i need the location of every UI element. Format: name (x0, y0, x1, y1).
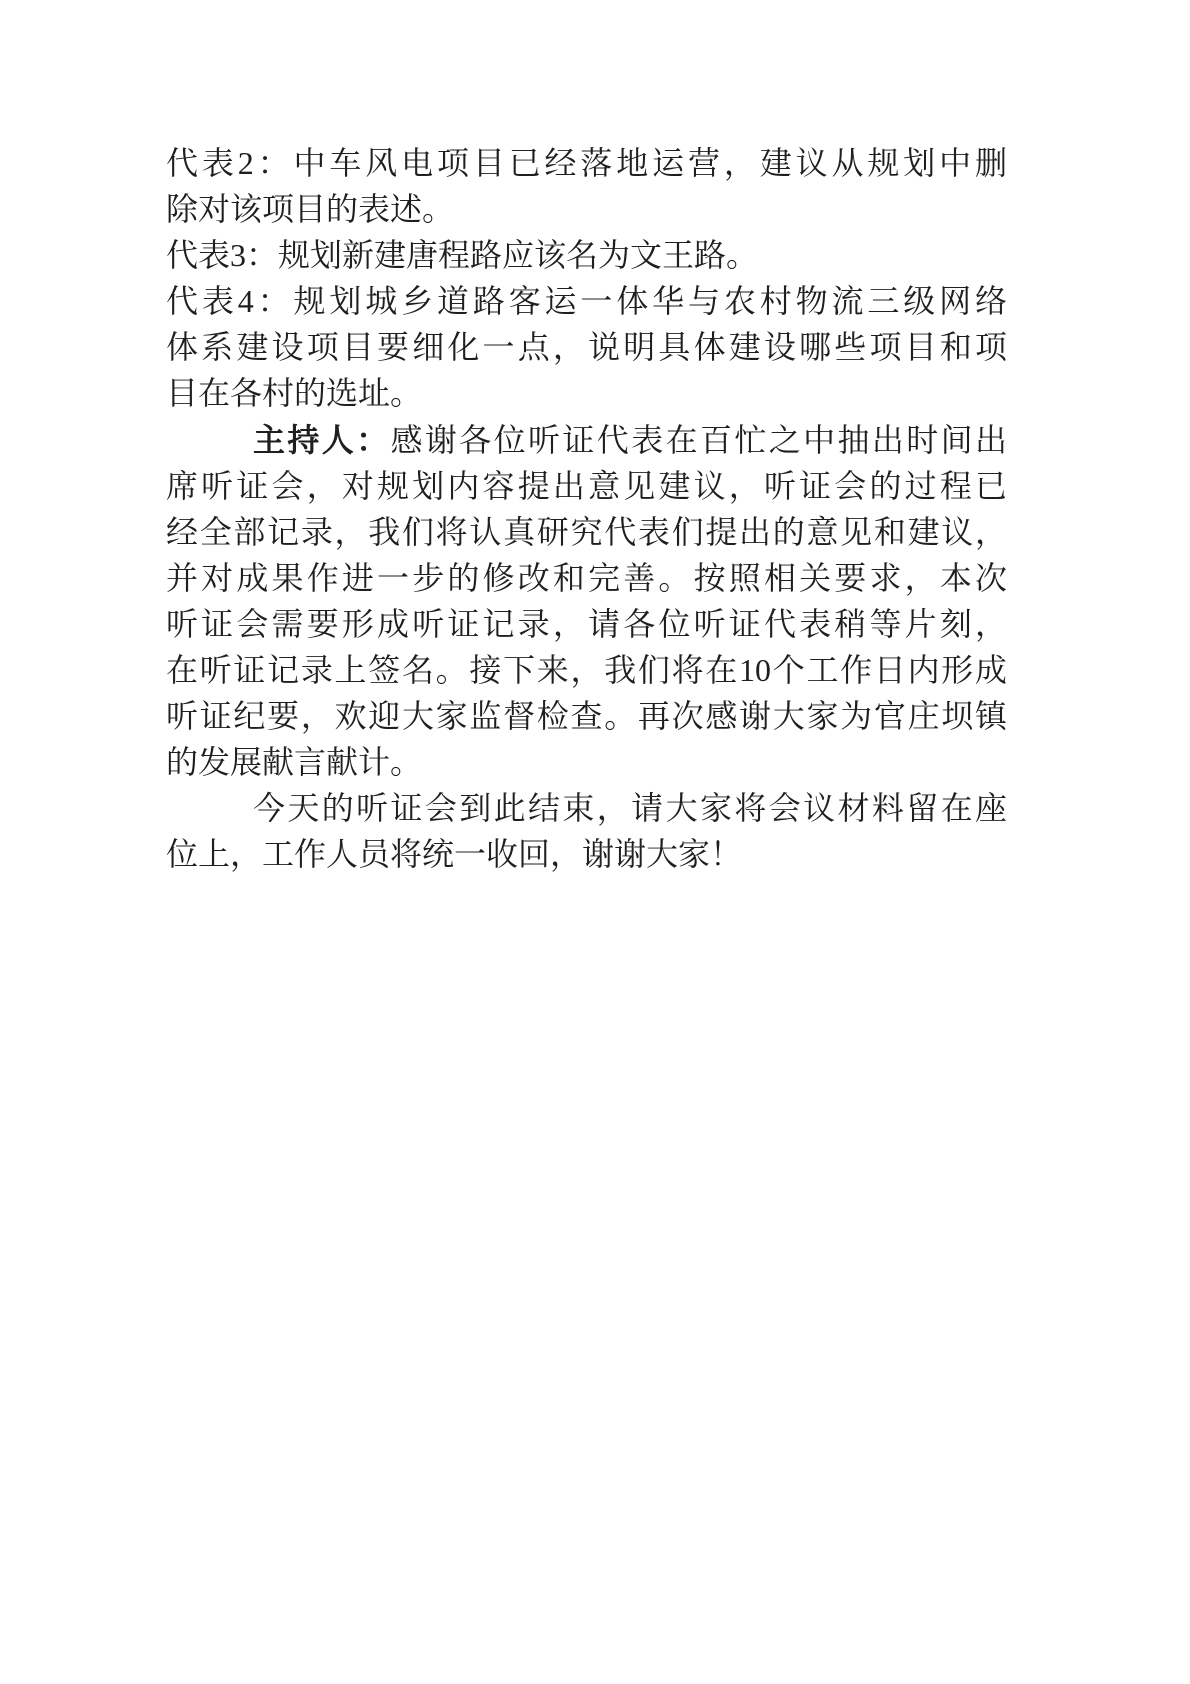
speaker-label: 主持人： (253, 422, 391, 458)
text-line: 代表4：规划城乡道路客运一体华与农村物流三级网络 (166, 278, 1007, 324)
document-body: 代表2：中车风电项目已经落地运营，建议从规划中删 除对该项目的表述。 代表3：规… (166, 140, 1007, 878)
text-line: 在听证记录上签名。接下来，我们将在10个工作日内形成 (166, 647, 1007, 693)
text-line: 并对成果作进一步的修改和完善。按照相关要求，本次 (166, 555, 1007, 601)
text-line-content: 感谢各位听证代表在百忙之中抽出时间出 (391, 422, 1007, 458)
text-line: 目在各村的选址。 (166, 370, 1007, 416)
text-line: 的发展献言献计。 (166, 739, 1007, 785)
text-line: 代表2：中车风电项目已经落地运营，建议从规划中删 (166, 140, 1007, 186)
text-line: 经全部记录，我们将认真研究代表们提出的意见和建议， (166, 509, 1007, 555)
text-line: 除对该项目的表述。 (166, 186, 1007, 232)
text-line: 席听证会，对规划内容提出意见建议，听证会的过程已 (166, 463, 1007, 509)
text-line: 听证会需要形成听证记录，请各位听证代表稍等片刻， (166, 601, 1007, 647)
text-line: 体系建设项目要细化一点，说明具体建设哪些项目和项 (166, 324, 1007, 370)
text-line: 位上，工作人员将统一收回，谢谢大家！ (166, 831, 1007, 877)
document-page: 代表2：中车风电项目已经落地运营，建议从规划中删 除对该项目的表述。 代表3：规… (0, 0, 1190, 1684)
text-line: 听证纪要，欢迎大家监督检查。再次感谢大家为官庄坝镇 (166, 693, 1007, 739)
text-line: 今天的听证会到此结束，请大家将会议材料留在座 (166, 785, 1007, 831)
text-line: 代表3：规划新建唐程路应该名为文王路。 (166, 232, 1007, 278)
text-line: 主持人：感谢各位听证代表在百忙之中抽出时间出 (166, 417, 1007, 463)
